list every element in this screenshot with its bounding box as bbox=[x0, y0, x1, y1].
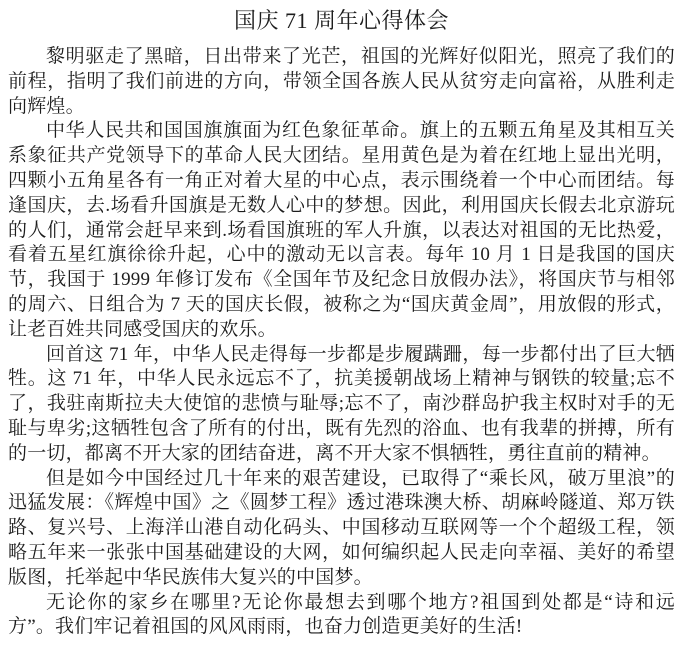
paragraph-closing: 无论你的家乡在哪里?无论你最想去到哪个地方?祖国到处都是“诗和远方”。我们牢记着… bbox=[8, 591, 675, 641]
paragraph-intro: 黎明驱走了黑暗，日出带来了光芒，祖国的光辉好似阳光，照亮了我们的前程，指明了我们… bbox=[8, 45, 675, 119]
document-title: 国庆 71 周年心得体会 bbox=[8, 6, 675, 36]
paragraph-flag-and-golden-week: 中华人民共和国国旗旗面为红色象征革命。旗上的五颗五角星及其相互关系象征共产党领导… bbox=[8, 119, 675, 342]
document-page: 国庆 71 周年心得体会 黎明驱走了黑暗，日出带来了光芒，祖国的光辉好似阳光，照… bbox=[0, 0, 683, 646]
document-body: 黎明驱走了黑暗，日出带来了光芒，祖国的光辉好似阳光，照亮了我们的前程，指明了我们… bbox=[8, 45, 675, 640]
paragraph-development-achievements: 但是如今中国经过几十年来的艰苦建设，已取得了“乘长风，破万里浪”的迅猛发展：《辉… bbox=[8, 467, 675, 591]
paragraph-71-years-sacrifice: 回首这 71 年，中华人民走得每一步都是步履蹒跚，每一步都付出了巨大牺牲。这 7… bbox=[8, 343, 675, 467]
